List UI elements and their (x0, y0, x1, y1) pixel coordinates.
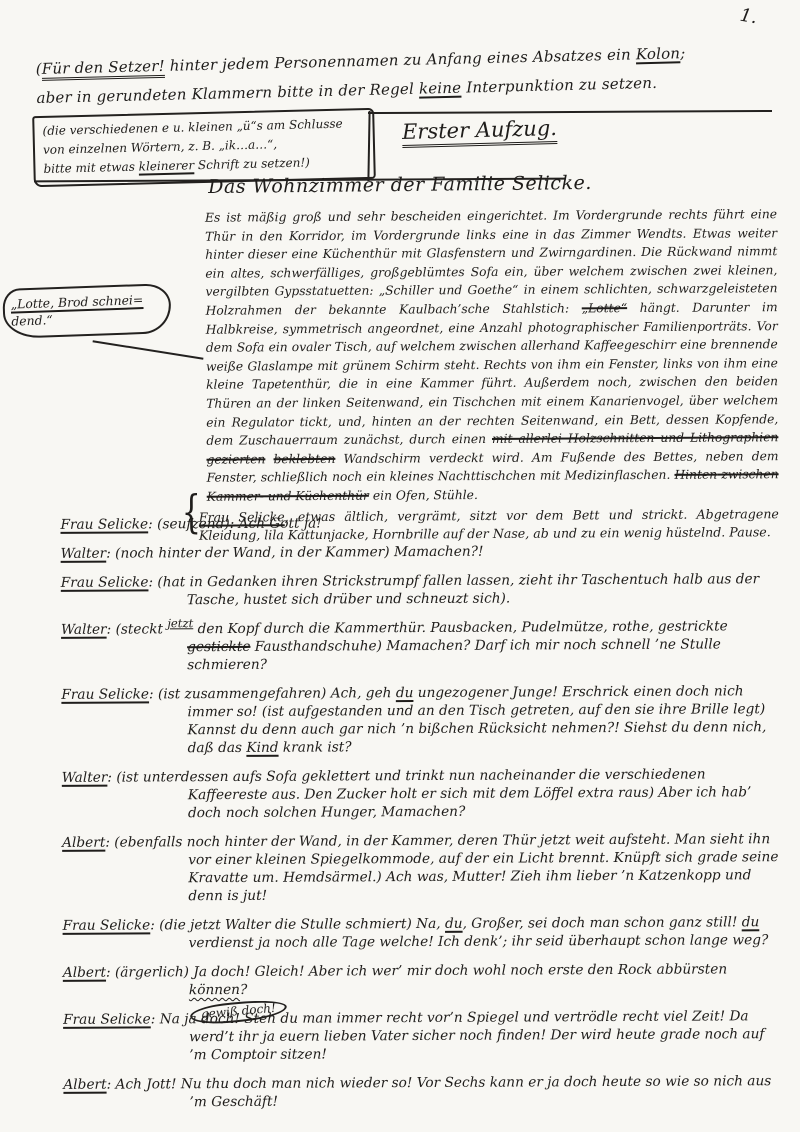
inserted-word: jetzt (167, 616, 193, 630)
text-fragment-underlined: Für den Setzer! (42, 57, 166, 81)
dialogue-section: Frau Selicke: (seufzend): Ach Gott ja! W… (60, 512, 781, 1123)
speaker-name: Frau Selicke (61, 574, 149, 590)
speaker-name: Walter (61, 546, 107, 562)
act-heading-text: Erster Aufzug. (402, 116, 558, 148)
stage-text (265, 452, 273, 466)
stage-direction-block: Es ist mäßig groß und sehr bescheiden ei… (187, 205, 779, 545)
dialogue-text: (ist zusammengefahren) Ach, geh (158, 685, 396, 702)
dialogue-text: Ach Jott! Nu thu doch man nich wieder so… (115, 1073, 771, 1110)
stage-text-struck: „Lotte“ (582, 301, 627, 315)
dialogue-entry: Albert: (ebenfalls noch hinter der Wand,… (62, 830, 780, 906)
text-fragment-underlined: kleinerer (139, 158, 195, 173)
scene-title: Das Wohnzimmer der Familie Selicke. (205, 172, 595, 198)
text-fragment-underlined: Kolon (636, 44, 681, 63)
text-fragment-underlined: keine (419, 79, 462, 98)
speaker-name: Frau Selicke (63, 917, 151, 933)
speaker-name: Frau Selicke (60, 516, 148, 532)
dialogue-text-emphasis: du (396, 685, 414, 701)
speaker-name: Albert (62, 835, 105, 851)
dialogue-text: (seufzend): Ach Gott ja! (157, 516, 322, 533)
dialogue-entry: Albert: Ach Jott! Nu thu doch man nich w… (63, 1072, 781, 1112)
dialogue-text-struck: gestickte (187, 639, 250, 655)
manuscript-page: 1. (Für den Setzer! hinter jedem Persone… (0, 0, 800, 1132)
text-fragment: aber in gerundeten Klammern bitte in der… (36, 80, 419, 107)
stage-text: ein Ofen, Stühle. (369, 488, 478, 503)
dialogue-text: krank ist? (278, 739, 351, 755)
dialogue-text: , Großer, sei doch man schon ganz still! (463, 914, 742, 931)
dialogue-text: (noch hinter der Wand, in der Kammer) Ma… (115, 544, 483, 562)
dialogue-text: (ärgerlich) Ja doch! Gleich! Aber ich we… (115, 961, 727, 980)
dialogue-text-emphasis: können (189, 982, 240, 998)
speaker-name: Albert (63, 1077, 106, 1093)
text-fragment-underlined: „Lotte, Brod schnei= (10, 292, 143, 312)
speaker-name: Walter (61, 622, 107, 638)
dialogue-entry: Frau Selicke: (hat in Gedanken ihren Str… (61, 570, 779, 610)
dialogue-text-emphasis: du (742, 914, 760, 930)
text-fragment: Interpunktion zu setzen. (461, 74, 657, 97)
stage-text-struck: beklebten (273, 452, 335, 466)
stage-text: hängt. Darunter im Halbkreise, symmetris… (206, 300, 779, 448)
speaker-name: Frau Selicke (63, 1011, 151, 1027)
dialogue-entry: Walter: (noch hinter der Wand, in der Ka… (61, 541, 779, 563)
dialogue-text: den Kopf durch die Kammerthür. Pausbacke… (193, 618, 728, 637)
dialogue-text-emphasis: Kind (246, 740, 278, 756)
margin-note-bubble: „Lotte, Brod schnei= dend.“ (2, 283, 172, 339)
dialogue-entry: Frau Selicke: (ist zusammengefahren) Ach… (61, 682, 779, 758)
dialogue-text: (hat in Gedanken ihren Strickstrumpf fal… (157, 571, 759, 608)
dialogue-text-emphasis: du (445, 916, 463, 932)
stage-direction: Es ist mäßig groß und sehr bescheiden ei… (205, 205, 779, 506)
speaker-name: Albert (63, 965, 106, 981)
hand-drawn-rule-top (368, 110, 772, 114)
dialogue-entry: Walter: (steckt jetzt den Kopf durch die… (61, 617, 779, 675)
dialogue-entry: Frau Selicke: (die jetzt Walter die Stul… (63, 913, 781, 953)
speaker-name: Frau Selicke (61, 686, 149, 702)
dialogue-text: (die jetzt Walter die Stulle schmiert) N… (159, 916, 445, 933)
text-fragment: Schrift zu setzen!) (194, 155, 310, 172)
typesetter-instruction: (Für den Setzer! hinter jedem Personenna… (35, 37, 772, 113)
dialogue-entry: Frau Selicke: Na ja doch! Steh du man im… (63, 1007, 781, 1065)
dialogue-text: (ist unterdessen aufs Sofa geklettert un… (116, 767, 751, 822)
stage-text-struck: Hinten (674, 468, 717, 482)
dialogue-text: verdienst ja noch alle Tage welche! Ich … (189, 932, 769, 951)
dialogue-text: Fausthandschuhe) Mamachen? Darf ich mir … (187, 636, 721, 673)
page-number: 1. (738, 5, 759, 29)
dialogue-text: (ebenfalls noch hinter der Wand, in der … (114, 831, 778, 904)
dialogue-entry: Walter: (ist unterdessen aufs Sofa gekle… (62, 765, 780, 823)
dialogue-text: (steckt (116, 621, 168, 637)
dialogue-entry: Frau Selicke: (seufzend): Ach Gott ja! (60, 512, 778, 534)
dialogue-text: ? (240, 982, 247, 998)
text-fragment: ; (680, 44, 686, 62)
act-heading: Erster Aufzug. (402, 116, 557, 144)
text-fragment: bitte mit etwas (43, 160, 139, 176)
dialogue-entry: Albert: (ärgerlich) Ja doch! Gleich! Abe… (63, 960, 781, 1000)
speaker-name: Walter (62, 770, 108, 786)
